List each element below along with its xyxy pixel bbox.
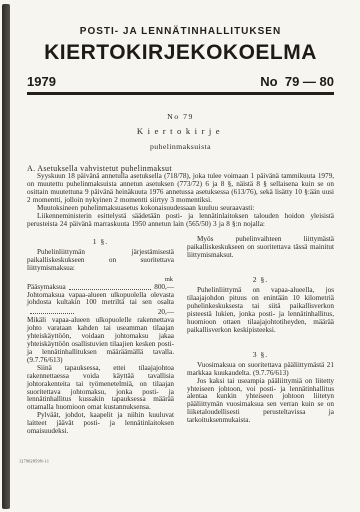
- section-3-paragraph-2: Jos kaksi tai useampia pääliittymiä on l…: [187, 378, 334, 426]
- masthead-meta-row: 1979 No 79 — 80: [27, 74, 334, 89]
- section-1-heading: 1 §.: [27, 237, 174, 246]
- masthead-rule: [27, 92, 334, 95]
- collection-title: KIERTOKIRJEKOKOELMA: [27, 41, 334, 65]
- currency-unit-label: mk: [27, 276, 174, 283]
- dotted-leader: [69, 289, 152, 290]
- section-1-paragraph-2: Siinä tapauksessa, ettei tilaajajohtoa r…: [27, 365, 174, 413]
- section-a-paragraph-1: Syyskuun 18 päivänä annetulla asetuksell…: [27, 173, 334, 205]
- fee-label: Johtomaksua vapaa-alueen ulkopuolella ol…: [27, 291, 174, 307]
- section-2-heading: 2 §.: [187, 275, 334, 284]
- circular-kind: Kiertokirje: [27, 126, 334, 136]
- section-2-paragraph-1: Puhelinliittymä on vapaa-alueella, jos t…: [187, 287, 334, 335]
- scan-edge-shadow: [2, 4, 10, 509]
- section-1-paragraph-4: Myös puhelinvaihteen liittymästä paikall…: [187, 236, 334, 260]
- section-1-paragraph-3: Pylväät, johdot, kaapelit ja niihin kuul…: [27, 412, 174, 436]
- section-1-paragraph-1: Mikäli vapaa-alueen ulkopuolelle rakenne…: [27, 317, 174, 365]
- issue-value: 79 — 80: [285, 74, 334, 89]
- column-left: 1 §. Puhelinliittymän järjestämisestä pa…: [27, 235, 174, 436]
- section-1-intro: Puhelinliittymän järjestämisestä paikall…: [27, 249, 174, 273]
- circular-number: No 79: [27, 112, 334, 121]
- column-right: Myös puhelinvaihteen liittymästä paikall…: [187, 235, 334, 436]
- page-content: POSTI- JA LENNÄTINHALLITUKSEN KIERTOKIRJ…: [27, 26, 334, 436]
- issue-number: No 79 — 80: [260, 74, 334, 89]
- section-3-paragraph-1: Vuosimaksua on suoritettava pääliittymäs…: [187, 362, 334, 378]
- document-page: POSTI- JA LENNÄTINHALLITUKSEN KIERTOKIRJ…: [0, 0, 360, 512]
- section-a-paragraph-3: Liikenneministerin esittelystä säädetään…: [27, 213, 334, 229]
- section-3-heading: 3 §.: [187, 350, 334, 359]
- fee-amount: 20,—: [158, 309, 174, 317]
- fee-row: Johtomaksua vapaa-alueen ulkopuolella ol…: [27, 292, 174, 318]
- issuing-organization: POSTI- JA LENNÄTINHALLITUKSEN: [27, 26, 334, 37]
- print-code: 127902859N-11: [19, 460, 49, 464]
- year-label: 1979: [27, 74, 56, 89]
- circular-subject: puhelinmaksuista: [27, 142, 334, 151]
- two-column-body: 1 §. Puhelinliittymän järjestämisestä pa…: [27, 235, 334, 436]
- dotted-leader: [30, 307, 74, 314]
- issue-label: No: [260, 74, 277, 89]
